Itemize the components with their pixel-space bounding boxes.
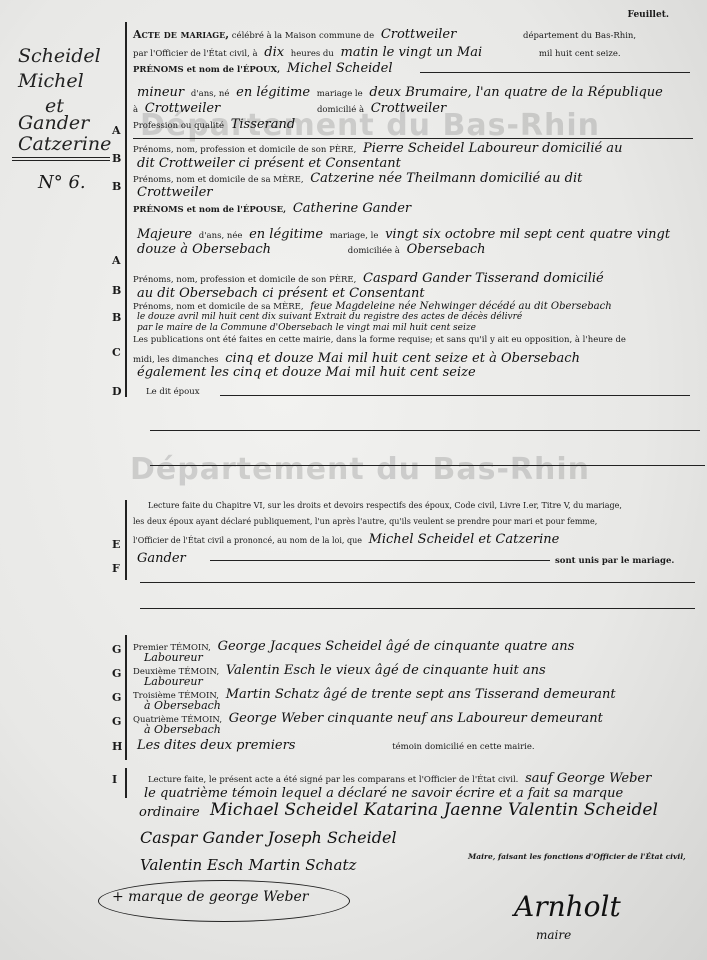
- lecture-line-3: l'Officier de l'État civil a prononcé, a…: [133, 533, 563, 546]
- epouse-mere-line-3: par le maire de la Commune d'Obersebach …: [133, 324, 480, 333]
- maire-label: Maire, faisant les fonctions d'Officier …: [468, 852, 686, 861]
- signature-line-1: Lecture faite, le présent acte a été sig…: [148, 772, 655, 785]
- lecture-line-4: Gander: [133, 552, 190, 565]
- epouse-line: PRÉNOMS et nom de l'ÉPOUSE, Catherine Ga…: [133, 202, 415, 215]
- marque-de-george-weber: + marque de george Weber: [112, 889, 308, 905]
- letter-F: F: [112, 562, 120, 575]
- epouse-name: Catherine Gander: [293, 201, 411, 216]
- officier-line: par l'Officier de l'État civil, à dix he…: [133, 46, 621, 59]
- epouse-mere-line: Prénoms, nom et domicile de sa MÈRE, feu…: [133, 302, 616, 312]
- letter-G: G: [112, 691, 121, 704]
- pere-line-2: dit Crottweiler ci présent et Consentant: [133, 157, 405, 170]
- epoux-birth-line: mineur d'ans, né en légitime mariage le …: [133, 86, 667, 99]
- act-number: N° 6.: [38, 172, 86, 193]
- lecture-line-1: Lecture faite du Chapitre VI, sur les dr…: [148, 502, 622, 510]
- letter-B: B: [112, 152, 121, 165]
- letter-H: H: [112, 740, 122, 753]
- letter-E: E: [112, 538, 120, 551]
- commune-value: Crottweiler: [381, 27, 456, 42]
- temoins-footer: Les dites deux premiers témoin domicilié…: [133, 739, 535, 752]
- margin-surname-bride: Gander: [18, 112, 89, 134]
- letter-D: D: [112, 385, 122, 398]
- margin-double-underline: [12, 157, 110, 161]
- pere-line: Prénoms, nom, profession et domicile de …: [133, 142, 626, 155]
- left-rule-2: [125, 500, 127, 580]
- left-rule-3: [125, 635, 127, 760]
- rule-line: [140, 582, 695, 583]
- rule-line: [210, 560, 550, 561]
- epouse-birth-line: Majeure d'ans, née en légitime mariage, …: [133, 228, 674, 241]
- rule-line: [140, 608, 695, 609]
- epouse-pere-line-2: au dit Obersebach ci présent et Consenta…: [133, 287, 429, 300]
- watermark-middle: Département du Bas-Rhin: [130, 452, 590, 487]
- epoux-profession-line: Profession ou qualité Tisserand: [133, 118, 299, 131]
- left-rule-4: [125, 768, 127, 798]
- dit-epoux-line: Le dit époux: [146, 388, 200, 397]
- rule-line: [150, 430, 700, 431]
- publications-line-2: midi, les dimanches cinq et douze Mai mi…: [133, 352, 584, 365]
- mere-line: Prénoms, nom et domicile de sa MÈRE, Cat…: [133, 172, 586, 185]
- feuillet-label: Feuillet.: [628, 10, 669, 20]
- letter-I: I: [112, 773, 117, 786]
- epouse-birth-line-2: douze à Obersebach domiciliée à Oberseba…: [133, 243, 490, 256]
- maire-signature: Arnholt: [514, 890, 621, 923]
- signature-line-3: ordinaire: [135, 806, 204, 819]
- letter-A: A: [112, 124, 121, 137]
- signatures-row-3: Valentin Esch Martin Schatz: [140, 856, 356, 874]
- act-title-line: Acte de mariage, célébré à la Maison com…: [133, 28, 636, 41]
- signatures-row-2: Caspar Gander Joseph Scheidel: [140, 828, 397, 847]
- epoux-line: PRÉNOMS et nom de l'ÉPOUX, Michel Scheid…: [133, 62, 397, 75]
- act-title: Acte de mariage,: [133, 28, 229, 41]
- letter-G: G: [112, 667, 121, 680]
- margin-firstname-bride: Catzerine: [18, 133, 111, 155]
- lecture-line-2: les deux époux ayant déclaré publiquemen…: [133, 518, 597, 526]
- epoux-birthplace-line: à Crottweiler domicilié à Crottweiler: [133, 102, 450, 115]
- temoin-2-extra: Laboureur: [140, 676, 207, 688]
- temoin-3-extra: à Obersebach: [140, 700, 225, 712]
- rule-line: [133, 138, 693, 139]
- letter-C: C: [112, 346, 121, 359]
- spouses-names: Michel Scheidel et Catzerine: [369, 532, 560, 547]
- civil-register-page: Département du Bas-Rhin Département du B…: [0, 0, 707, 960]
- margin-firstname-groom: Michel: [18, 70, 84, 92]
- unis-label: sont unis par le mariage.: [555, 557, 674, 566]
- epoux-name: Michel Scheidel: [287, 61, 393, 76]
- letter-G: G: [112, 643, 121, 656]
- letter-A: A: [112, 254, 121, 267]
- maire-signature-sub: maire: [536, 928, 571, 942]
- temoin-4-extra: à Obersebach: [140, 724, 225, 736]
- temoin-1-extra: Laboureur: [140, 652, 207, 664]
- letter-B: B: [112, 284, 121, 297]
- letter-B: B: [112, 311, 121, 324]
- epouse-mere-line-2: le douze avril mil huit cent dix suivant…: [133, 313, 526, 322]
- left-rule-1: [125, 22, 127, 397]
- epouse-pere-line: Prénoms, nom, profession et domicile de …: [133, 272, 608, 285]
- rule-line: [150, 465, 705, 466]
- margin-surname-groom: Scheidel: [18, 45, 101, 67]
- publications-line: Les publications ont été faites en cette…: [133, 336, 626, 345]
- signature-line-2: le quatrième témoin lequel a déclaré ne …: [140, 787, 627, 800]
- rule-line: [420, 72, 690, 73]
- letter-G: G: [112, 715, 121, 728]
- publications-line-3: également les cinq et douze Mai mil huit…: [133, 366, 480, 379]
- mere-line-2: Crottweiler: [133, 186, 216, 199]
- rule-line: [220, 395, 690, 396]
- signatures-row-1: Michael Scheidel Katarina Jaenne Valenti…: [210, 800, 658, 820]
- letter-B: B: [112, 180, 121, 193]
